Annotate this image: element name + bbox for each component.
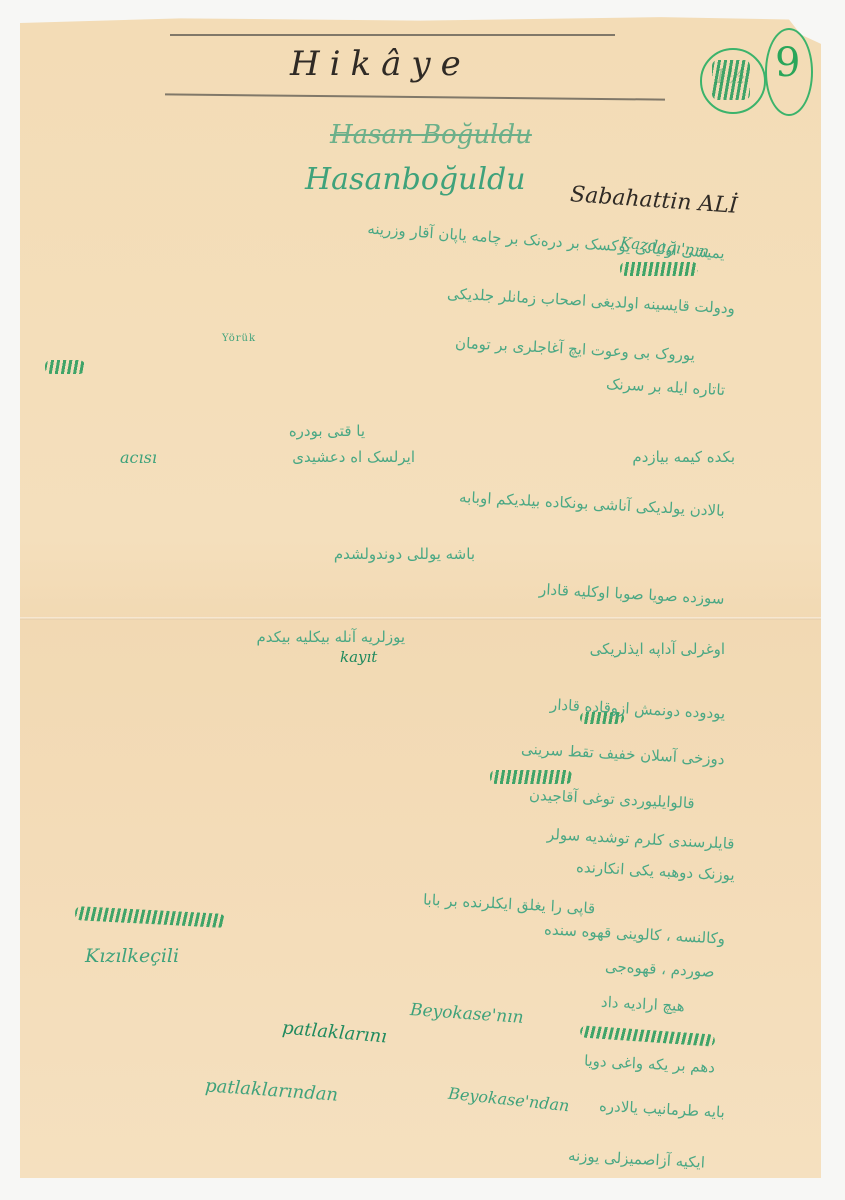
scribbled-word [620,262,698,276]
scribbled-word [490,770,572,784]
body-line: اوغرلی آداپه ایذلریکی [590,640,725,658]
body-line: باشه یوللی دوندولشدم [334,545,475,563]
top-rule [170,34,615,36]
annotation-kayit: kayıt [340,648,377,666]
page-fold-crease [20,617,821,620]
body-line: یوزلریه آنله بیکلیه بیکدم [256,628,405,646]
annotation-kizilkecili: Kızılkeçili [85,945,179,967]
struck-title: Hasan Boğuldu [330,120,532,150]
body-line: بکده کیمه بیازدم [632,448,735,466]
body-line: یا قتی بودره [289,422,365,440]
annotation-acisi: acısı [120,448,157,467]
page-number: 9 [775,40,800,86]
story-title: Hasanboğuldu [305,162,526,197]
annotation-yoruk: Yörük [222,333,256,344]
heading-hikaye: Hikâye [290,44,471,84]
body-line: ایرلسک اه دعشیدی [292,448,415,466]
crossed-number-text: 1½ [714,64,746,88]
scribbled-word [45,360,85,374]
